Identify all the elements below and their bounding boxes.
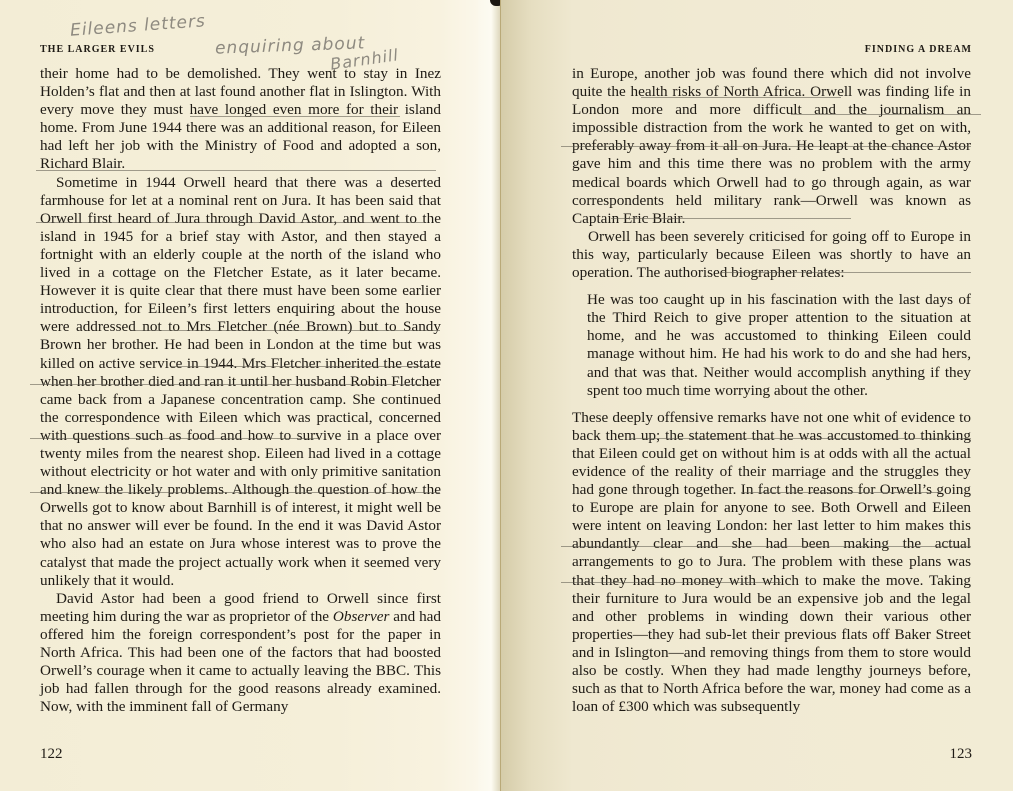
pencil-underline [721,272,971,273]
left-page: Eileens letters enquiring about Barnhill… [0,0,478,791]
block-quote: He was too caught up in his fascination … [587,291,971,400]
pencil-underline [641,97,841,98]
pencil-underline [561,546,971,547]
pencil-underline [561,582,781,583]
left-body-text: their home had to be demolished. They we… [40,65,441,716]
pencil-underline [190,116,400,117]
pencil-underline [30,438,320,439]
page-number-left: 122 [40,746,63,763]
pencil-underline [30,384,440,385]
running-head-left: THE LARGER EVILS [40,44,155,55]
page-number-right: 123 [950,746,973,763]
paragraph: These deeply offensive remarks have not … [572,409,971,717]
paragraph: Sometime in 1944 Orwell heard that there… [40,174,441,590]
pencil-underline [561,146,971,147]
book-spread: Eileens letters enquiring about Barnhill… [0,0,1013,791]
paragraph: their home had to be demolished. They we… [40,65,441,174]
pencil-annotation-line1: Eileens letters [69,11,206,40]
pencil-underline [36,222,426,223]
pencil-underline [611,218,851,219]
paragraph: David Astor had been a good friend to Or… [40,590,441,717]
newspaper-title: Observer [333,608,390,625]
running-head-right: FINDING A DREAM [865,44,972,55]
right-body-text: in Europe, another job was found there w… [572,65,971,716]
book-gutter [478,0,502,791]
right-page: FINDING A DREAM in Europe, another job w… [500,0,1013,791]
pencil-underline [631,438,971,439]
paragraph: Orwell has been severely criticised for … [572,228,971,282]
pencil-underline [741,492,941,493]
pencil-underline [36,170,436,171]
pencil-underline [130,330,440,331]
quote-text: He was too caught up in his fascination … [587,291,971,400]
pencil-underline [170,366,440,367]
pencil-underline [791,114,981,115]
pencil-underline [30,492,440,493]
